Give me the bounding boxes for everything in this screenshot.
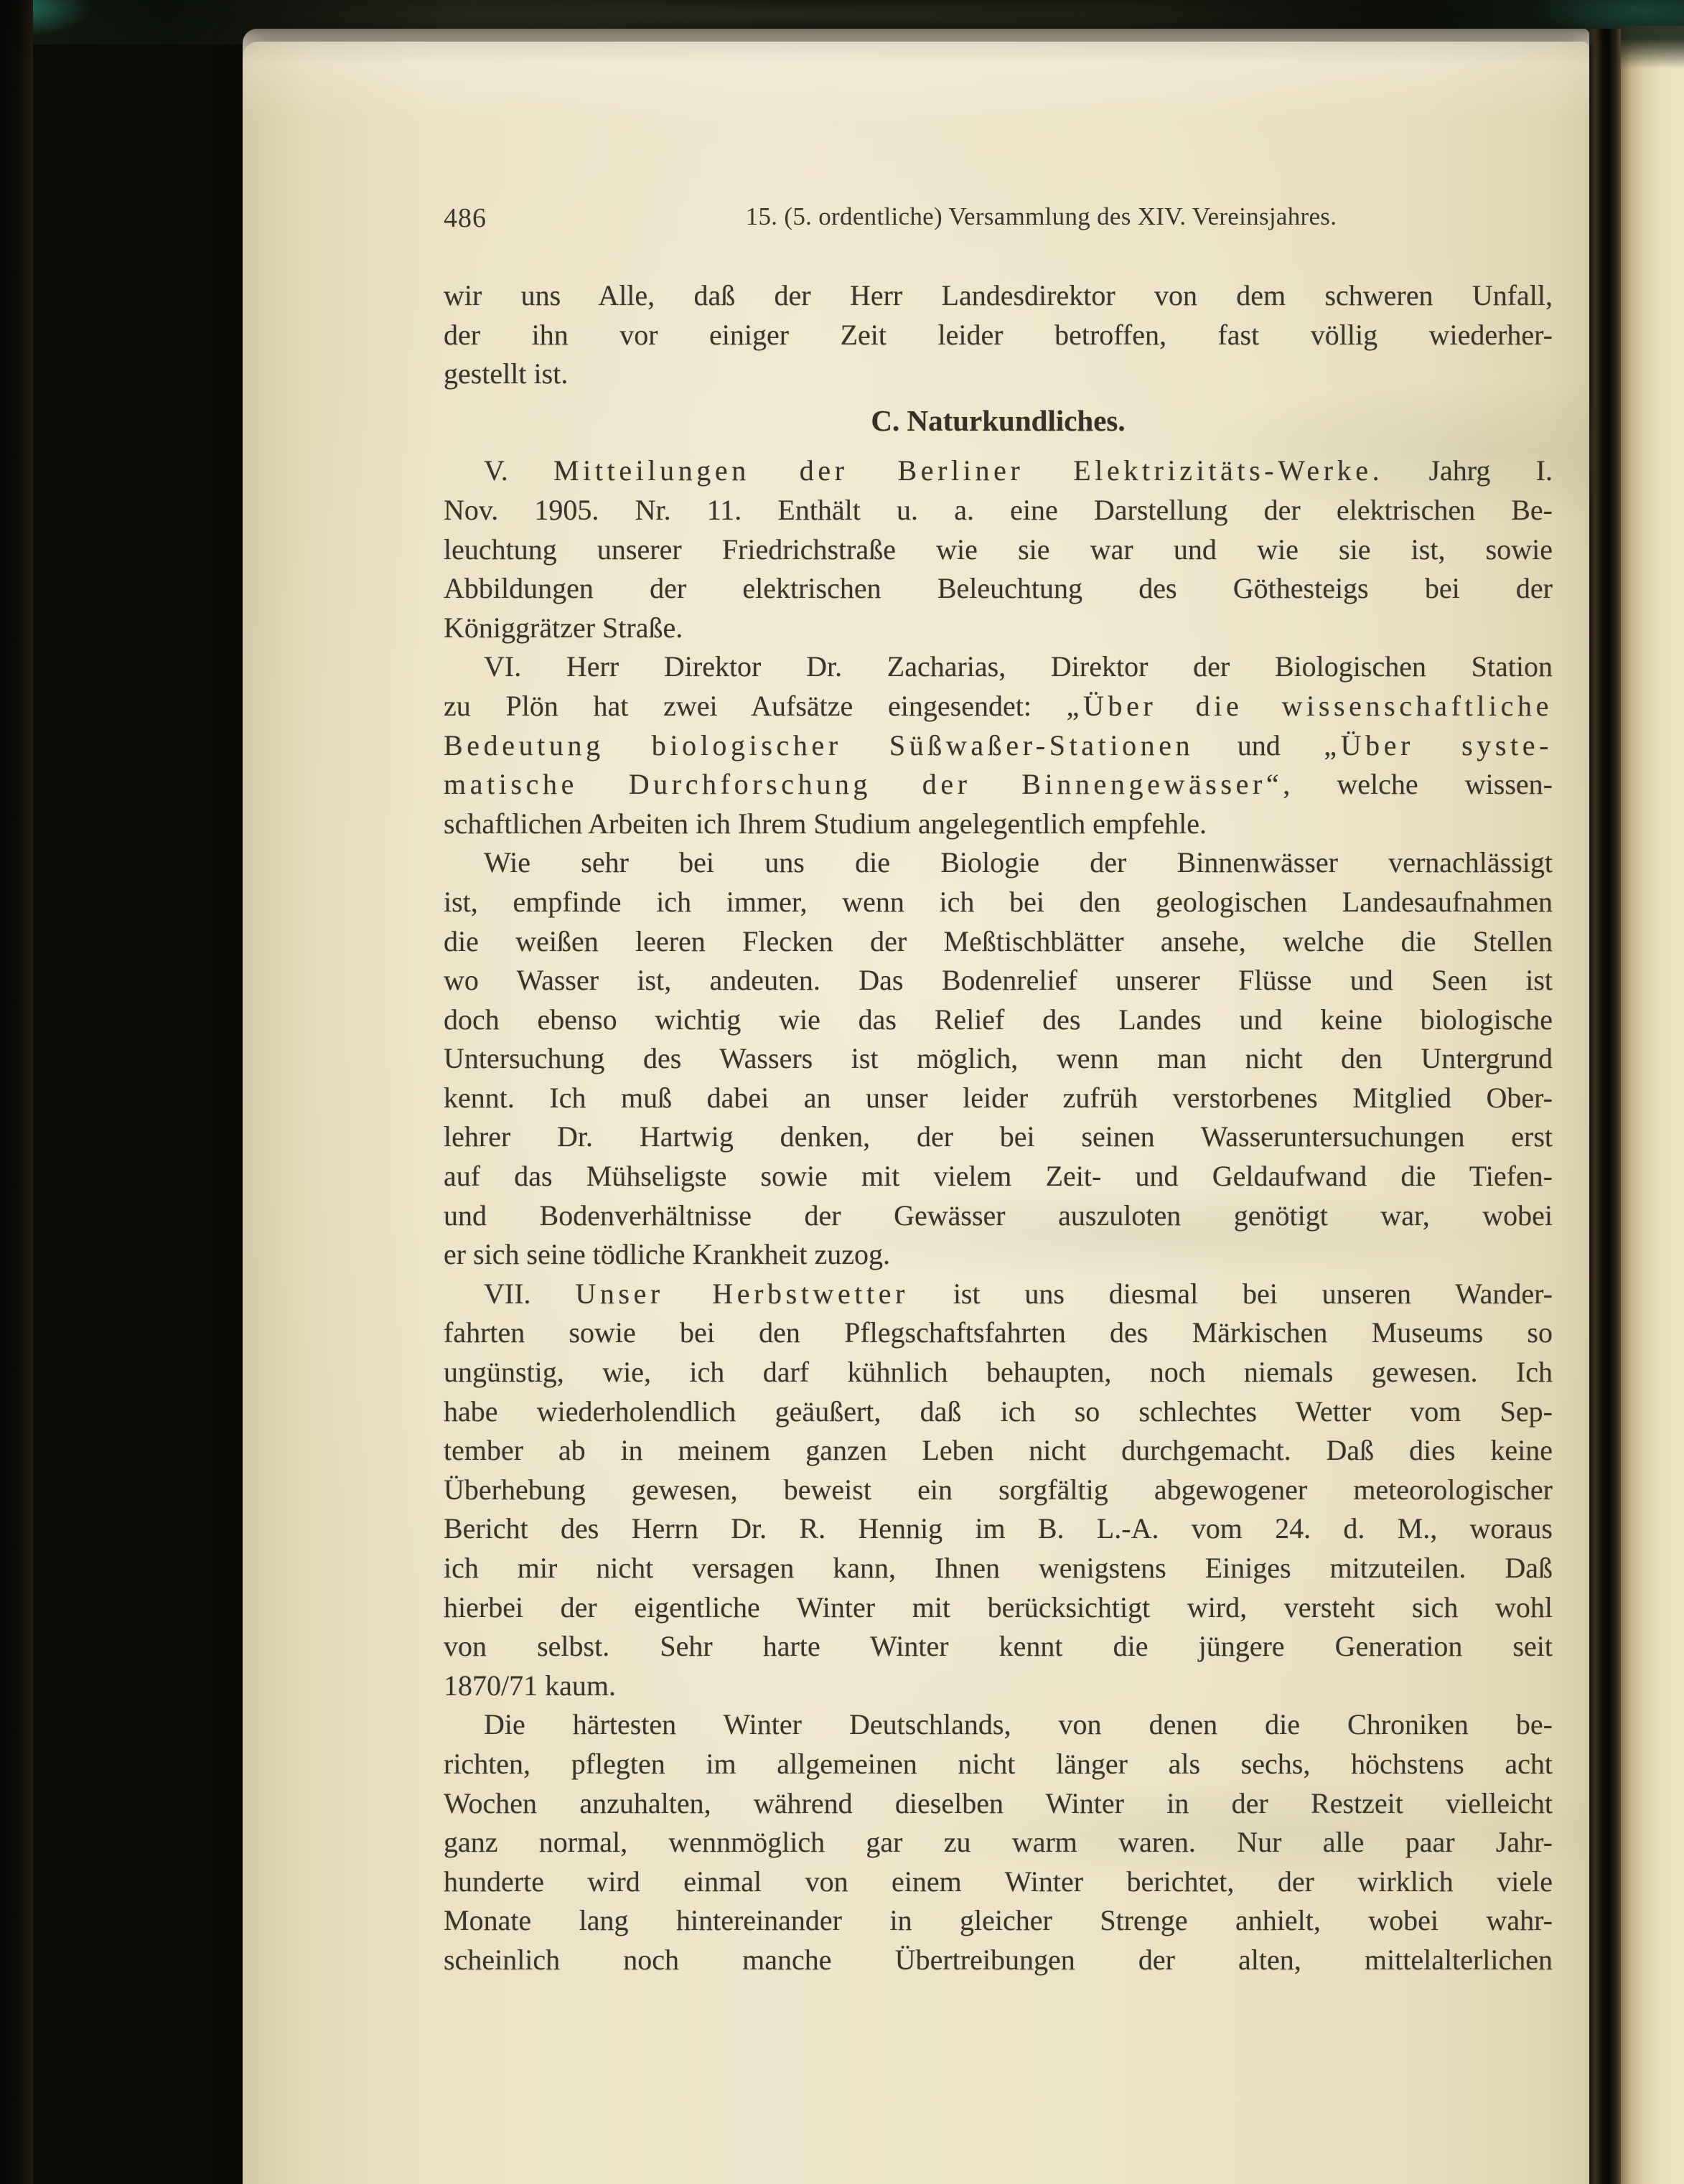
letterspaced-run: Bedeutung biologischer Süßwaßer-Statione…	[444, 729, 1194, 761]
text-run: schaftlichen Arbeiten ich Ihrem Studium …	[444, 807, 1207, 840]
text-run: Bericht des Herrn Dr. R. Hennig im B. L.…	[444, 1512, 1553, 1545]
text-run: Jahrg I.	[1383, 454, 1553, 487]
text-run: die weißen leeren Flecken der Meßtischbl…	[444, 925, 1553, 957]
text-run: VI. Herr Direktor Dr. Zacharias, Direkto…	[484, 650, 1553, 683]
book-cover-left	[0, 0, 33, 2184]
text-block: wir uns Alle, daß der Herr Landesdirekto…	[444, 276, 1553, 1980]
text-run: der ihn vor einiger Zeit leider betroffe…	[444, 319, 1553, 351]
text-line: Abbildungen der elektrischen Beleuchtung…	[444, 569, 1553, 609]
text-run: doch ebenso wichtig wie das Relief des L…	[444, 1003, 1553, 1036]
text-line: habe wiederholendlich geäußert, daß ich …	[444, 1392, 1553, 1432]
text-run: und Bodenverhältnisse der Gewässer auszu…	[444, 1199, 1553, 1232]
text-line: Überhebung gewesen, beweist ein sorgfält…	[444, 1471, 1553, 1510]
text-run: Nov. 1905. Nr. 11. Enthält u. a. eine Da…	[444, 494, 1553, 526]
letterspaced-run: matische Durchforschung der Binnengewäss…	[444, 768, 1283, 800]
text-line: zu Plön hat zwei Aufsätze eingesendet: „…	[444, 687, 1553, 726]
facing-page-sliver	[1621, 26, 1684, 2184]
text-run: ganz normal, wennmöglich gar zu warm war…	[444, 1826, 1553, 1858]
text-run: , welche wissen-	[1283, 768, 1553, 800]
text-run: 1870/71 kaum.	[444, 1669, 616, 1702]
text-line: auf das Mühseligste sowie mit vielem Zei…	[444, 1157, 1553, 1196]
text-run: zu Plön hat zwei Aufsätze eingesendet:	[444, 690, 1067, 722]
text-run: lehrer Dr. Hartwig denken, der bei seine…	[444, 1120, 1553, 1153]
text-run: leuchtung unserer Friedrichstraße wie si…	[444, 533, 1553, 566]
text-line: Nov. 1905. Nr. 11. Enthält u. a. eine Da…	[444, 491, 1553, 530]
text-run: wo Wasser ist, andeuten. Das Bodenrelief…	[444, 964, 1553, 996]
text-line: V. Mitteilungen der Berliner Elektrizitä…	[444, 451, 1553, 491]
text-line: und Bodenverhältnisse der Gewässer auszu…	[444, 1196, 1553, 1236]
text-run: ungünstig, wie, ich darf kühnlich behaup…	[444, 1356, 1553, 1388]
text-line: matische Durchforschung der Binnengewäss…	[444, 765, 1553, 805]
text-line: lehrer Dr. Hartwig denken, der bei seine…	[444, 1117, 1553, 1157]
text-run: ist uns diesmal bei unseren Wander-	[909, 1278, 1553, 1310]
book-page: 486 15. (5. ordentliche) Versammlung des…	[243, 42, 1589, 2184]
text-line: wo Wasser ist, andeuten. Das Bodenrelief…	[444, 961, 1553, 1000]
text-line: von selbst. Sehr harte Winter kennt die …	[444, 1627, 1553, 1667]
text-run: richten, pflegten im allgemeinen nicht l…	[444, 1748, 1553, 1780]
text-run: tember ab in meinem ganzen Leben nicht d…	[444, 1434, 1553, 1466]
text-run: Wochen anzuhalten, während dieselben Win…	[444, 1787, 1553, 1819]
text-run: hierbei der eigentliche Winter mit berüc…	[444, 1591, 1553, 1623]
text-line: ich mir nicht versagen kann, Ihnen wenig…	[444, 1549, 1553, 1588]
text-run: fahrten sowie bei den Pflegschaftsfahrte…	[444, 1316, 1553, 1349]
text-line: doch ebenso wichtig wie das Relief des L…	[444, 1000, 1553, 1040]
page-number: 486	[444, 202, 487, 234]
book-gutter	[1589, 29, 1621, 2184]
text-run: VII.	[484, 1278, 575, 1310]
text-run: ich mir nicht versagen kann, Ihnen wenig…	[444, 1552, 1553, 1584]
text-line: richten, pflegten im allgemeinen nicht l…	[444, 1745, 1553, 1784]
text-line: er sich seine tödliche Krankheit zuzog.	[444, 1235, 1553, 1275]
text-line: gestellt ist.	[444, 355, 1553, 394]
text-run: auf das Mühseligste sowie mit vielem Zei…	[444, 1160, 1553, 1192]
text-line: der ihn vor einiger Zeit leider betroffe…	[444, 316, 1553, 355]
text-run: Überhebung gewesen, beweist ein sorgfält…	[444, 1473, 1553, 1506]
text-run: Königgrätzer Straße.	[444, 611, 683, 644]
text-line: ist, empfinde ich immer, wenn ich bei de…	[444, 883, 1553, 922]
text-line: Wie sehr bei uns die Biologie der Binnen…	[444, 843, 1553, 883]
text-run: Abbildungen der elektrischen Beleuchtung…	[444, 572, 1553, 604]
text-line: VII. Unser Herbstwetter ist uns diesmal …	[444, 1275, 1553, 1314]
text-line: ungünstig, wie, ich darf kühnlich behaup…	[444, 1353, 1553, 1392]
text-line: schaftlichen Arbeiten ich Ihrem Studium …	[444, 805, 1553, 844]
text-line: Monate lang hintereinander in gleicher S…	[444, 1901, 1553, 1941]
text-line: tember ab in meinem ganzen Leben nicht d…	[444, 1431, 1553, 1471]
text-line: wir uns Alle, daß der Herr Landesdirekto…	[444, 276, 1553, 316]
text-run: V.	[484, 454, 553, 487]
text-line: Untersuchung des Wassers ist möglich, we…	[444, 1039, 1553, 1079]
text-run: Wie sehr bei uns die Biologie der Binnen…	[484, 846, 1553, 878]
text-run: habe wiederholendlich geäußert, daß ich …	[444, 1395, 1553, 1428]
text-line: Königgrätzer Straße.	[444, 609, 1553, 648]
letterspaced-run: Unser Herbstwetter	[575, 1278, 909, 1310]
text-run: hunderte wird einmal von einem Winter be…	[444, 1865, 1553, 1898]
text-run: Die härtesten Winter Deutschlands, von d…	[484, 1708, 1553, 1740]
text-line: Die härtesten Winter Deutschlands, von d…	[444, 1705, 1553, 1745]
text-run: Monate lang hintereinander in gleicher S…	[444, 1904, 1553, 1936]
text-line: hierbei der eigentliche Winter mit berüc…	[444, 1588, 1553, 1628]
text-line: fahrten sowie bei den Pflegschaftsfahrte…	[444, 1313, 1553, 1353]
text-run: von selbst. Sehr harte Winter kennt die …	[444, 1630, 1553, 1662]
text-line: die weißen leeren Flecken der Meßtischbl…	[444, 922, 1553, 962]
letterspaced-run: „Über syste-	[1324, 729, 1553, 761]
text-line: ganz normal, wennmöglich gar zu warm war…	[444, 1823, 1553, 1862]
text-line: hunderte wird einmal von einem Winter be…	[444, 1862, 1553, 1902]
running-header-row: 486 15. (5. ordentliche) Versammlung des…	[444, 202, 1553, 238]
text-run: und	[1194, 729, 1324, 761]
letterspaced-run: „Über die wissenschaftliche	[1067, 690, 1553, 722]
text-line: leuchtung unserer Friedrichstraße wie si…	[444, 530, 1553, 570]
text-run: scheinlich noch manche Übertreibungen de…	[444, 1944, 1553, 1976]
letterspaced-run: Mitteilungen der Berliner Elektrizitäts-…	[553, 454, 1383, 487]
book-photo-scene: 486 15. (5. ordentliche) Versammlung des…	[0, 0, 1684, 2184]
text-line: 1870/71 kaum.	[444, 1667, 1553, 1706]
text-run: gestellt ist.	[444, 357, 568, 390]
section-heading: C. Naturkundliches.	[444, 401, 1553, 441]
text-run: er sich seine tödliche Krankheit zuzog.	[444, 1238, 890, 1270]
text-line: scheinlich noch manche Übertreibungen de…	[444, 1941, 1553, 1980]
text-run: ist, empfinde ich immer, wenn ich bei de…	[444, 886, 1553, 918]
page-stack-fore-edge	[33, 37, 243, 2184]
text-line: Wochen anzuhalten, während dieselben Win…	[444, 1784, 1553, 1824]
text-run: wir uns Alle, daß der Herr Landesdirekto…	[444, 279, 1553, 311]
text-line: VI. Herr Direktor Dr. Zacharias, Direkto…	[444, 647, 1553, 687]
text-line: Bedeutung biologischer Süßwaßer-Statione…	[444, 726, 1553, 766]
text-run: Untersuchung des Wassers ist möglich, we…	[444, 1042, 1553, 1074]
running-header: 15. (5. ordentliche) Versammlung des XIV…	[444, 202, 1553, 231]
text-line: kennt. Ich muß dabei an unser leider zuf…	[444, 1079, 1553, 1118]
text-line: Bericht des Herrn Dr. R. Hennig im B. L.…	[444, 1509, 1553, 1549]
text-run: kennt. Ich muß dabei an unser leider zuf…	[444, 1082, 1553, 1114]
